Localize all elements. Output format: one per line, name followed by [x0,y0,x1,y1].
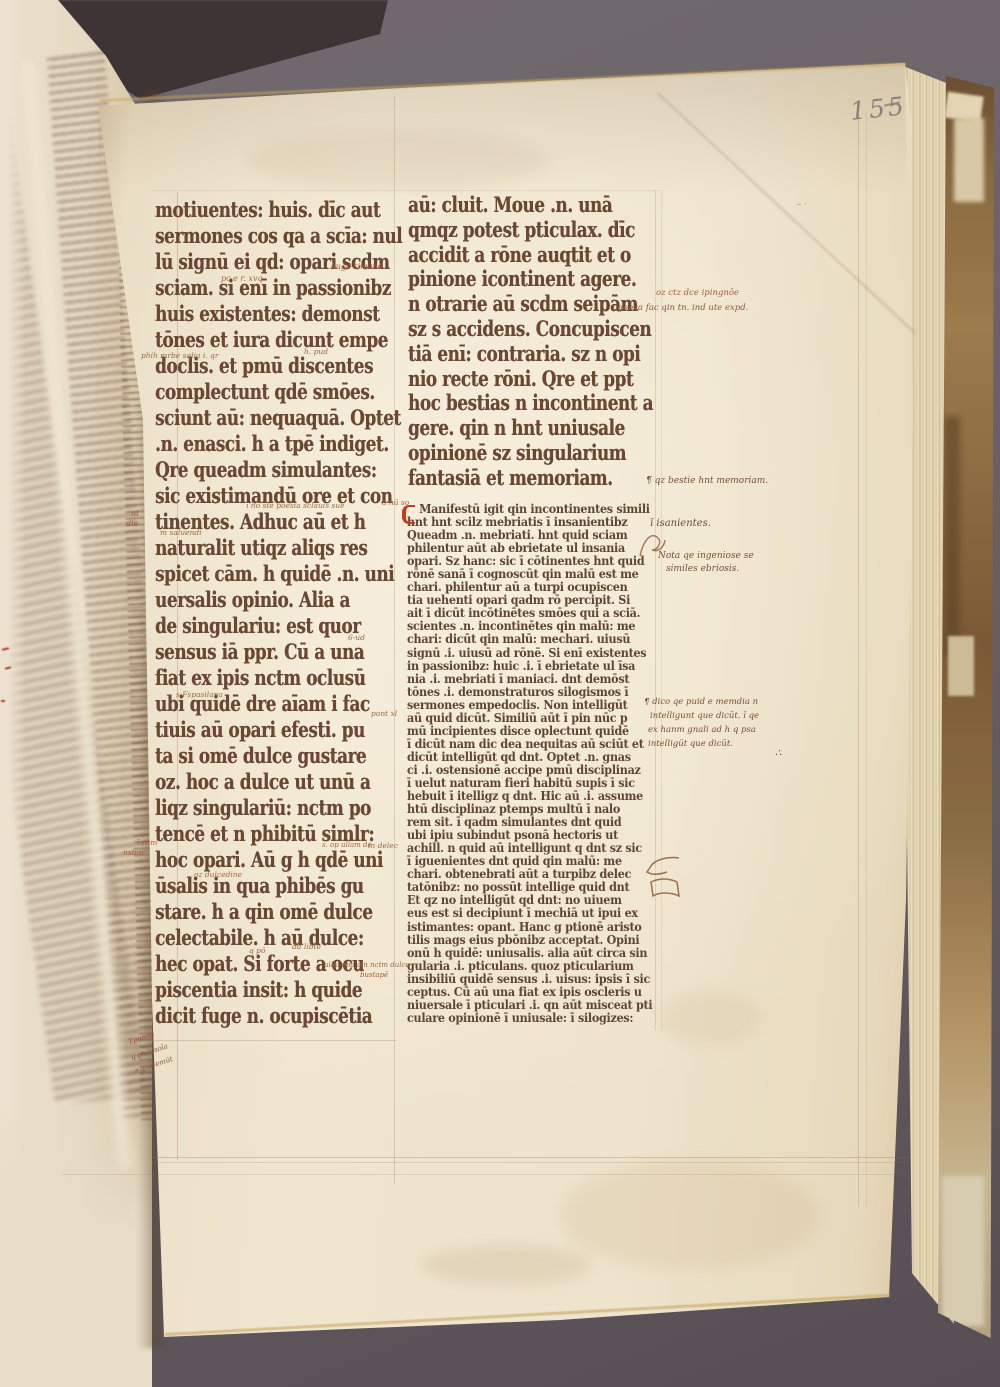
interlinear-gloss: bustapē [360,971,388,979]
text-line: aū: cluit. Moue .n. unā [408,193,608,218]
right-note-intelligunt-line1: ¶ dico qe puid e memdia n [644,697,758,707]
right-note-ingeniose-line2: similes ebriosis. [666,564,739,574]
text-column-2-commentary: Manifestū igit qin incontinentes similih… [407,503,659,1025]
text-line: uersalis opinio. Alia a [155,587,365,613]
text-column-1: motiuentes: huis. dīc autsermones cos qa… [155,197,417,1029]
ruling-line [858,112,859,1207]
text-line: tiuis aū opari efesti. pu [155,717,365,743]
text-line: hoc opari. Aū g h qdē uni [155,847,365,873]
right-note-intelligunt-line3: ex hanm gnali ad h q psa [648,725,756,735]
interlinear-gloss: q pō [249,946,266,955]
ruling-line [62,1174,908,1175]
text-line: piscentia insit: h quide [155,977,365,1003]
parchment-patch [954,118,984,202]
right-note-top-line2: i gonza fac qin tn. ind ute expd. [612,303,748,313]
text-line: sz s accidens. Concupiscen [408,317,608,342]
interlinear-gloss: 6-ud [348,633,365,642]
text-line: Qre queadm simulantes: [155,457,365,483]
text-line: qmqz potest pticulax. dīc [408,218,608,243]
text-line: hoc bestias n incontinent a [408,391,608,416]
left-margin-note-1a: nt [131,509,139,518]
rubric-paragraph-mark [402,505,415,524]
text-line: tōnes et iura dicunt empe [155,327,365,353]
text-line: .n. enasci. h a tpē indiget. [155,431,365,457]
folio-number: 155 [849,91,908,126]
ruling-line [866,112,867,1207]
dark-wear [944,416,960,656]
interlinear-gloss: oz dulcedine [194,870,242,879]
text-column-2-lemma: aū: cluit. Moue .n. unāqmqz potest pticu… [408,193,658,491]
prick-dots: ∴ [775,748,781,759]
interlinear-gloss: dd libtē [292,942,321,951]
right-note-intelligunt-line4: intelligūt que dicūt. [648,739,733,749]
text-line: sermones cos qa a scīa: nul [155,223,365,249]
text-line: accidit a rōne auqtit et o [408,243,608,268]
ruling-line [152,190,660,191]
text-line: liqz singulariū: nctm po [155,795,365,821]
left-margin-note-2b: nsbnc [123,848,146,857]
interlinear-gloss: h. pud [304,347,328,356]
text-line: gere. qin n hnt uniusale [408,416,608,441]
text-line: sensus iā ppr. Cū a una [155,639,365,665]
left-margin-note-1b: dis [126,519,138,528]
interlinear-gloss: uilia opa qin nctm dulce [324,961,410,969]
rubric-speck [1,700,5,702]
worn-cover-edge [938,76,994,1338]
pencil-marks: – · [797,200,807,210]
ruling-line [150,1040,396,1041]
interlinear-gloss: a nū so [382,498,409,507]
right-note-ingeniose-line1: Nota qe ingeniose se [658,551,754,561]
text-line: ta si omē dulce gustare [155,743,365,769]
ruling-line [152,1157,908,1158]
interlinear-gloss: s Fspasilana [176,690,223,699]
text-line: huis existentes: demonst [155,301,365,327]
facing-margin [0,1100,152,1387]
left-margin-note-2a: ī rhm [137,838,157,847]
text-line: oz. hoc a dulce ut unū a [155,769,365,795]
text-line: nio recte rōni. Qre et ppt [408,367,608,392]
interlinear-gloss: pont xl [371,709,397,718]
intercolumn-gloss: in delec [368,841,398,850]
interlinear-gloss: m saluendi [160,528,202,537]
text-line: motiuentes: huis. dīc aut [155,197,365,223]
parchment-patch [948,636,974,696]
interlinear-gloss: Augo-simane [330,262,382,271]
nota-flourish-icon [638,528,668,562]
right-note-top-line1: oz ctz dce ipingnōe [656,288,739,298]
parchment-patch [942,1176,984,1326]
ruling-line [152,1162,908,1163]
interlinear-gloss: pc e r. xvq [221,274,263,283]
text-line: ūsalis in qua phibēs gu [155,873,365,899]
text-line: naturalit utiqz aliqs res [155,535,365,561]
text-line: complectunt qdē smōes. [155,379,365,405]
stain [560,1160,820,1270]
text-line: pinione icontinent agere. [408,267,608,292]
text-line: fantasiā et memoriam. [408,466,608,491]
text-line: spicet cām. h quidē .n. uni [155,561,365,587]
interlinear-gloss: s. op ullam de [322,841,372,849]
text-line: n otrarie aū scdm seipām [408,292,608,317]
stain [250,130,550,190]
manuscript-photo: motiuentes: huis. dīc autsermones cos qa… [0,0,1000,1387]
interlinear-gloss: ī nō ste poesia sclauis sue [246,501,345,510]
right-note-memoriam: ¶ qz bestie hnt memoriam. [646,476,768,486]
stain [660,990,760,1045]
text-line: dicit fuge n. ocupiscētia [155,1003,365,1029]
stain [420,1245,590,1285]
text-line: culare opinionē ī uniusale: ī silogizes: [407,1012,641,1025]
text-line: stare. h a qin omē dulce [155,899,365,925]
text-line: sciunt aū: nequaquā. Optet [155,405,365,431]
ruling-line [661,190,662,1030]
text-line: de singulariu: est quor [155,613,365,639]
manicule-icon [645,852,683,900]
text-line: tiā enī: contraria. sz n opi [408,342,608,367]
interlinear-gloss: phih mrbe sqlia i. qr [141,351,218,360]
right-note-intelligunt-line2: intelligunt que dicūt. ī qe [650,711,759,721]
text-line: opinionē sz singularium [408,441,608,466]
text-line: fiat ex ipis nctm oclusū [155,665,365,691]
